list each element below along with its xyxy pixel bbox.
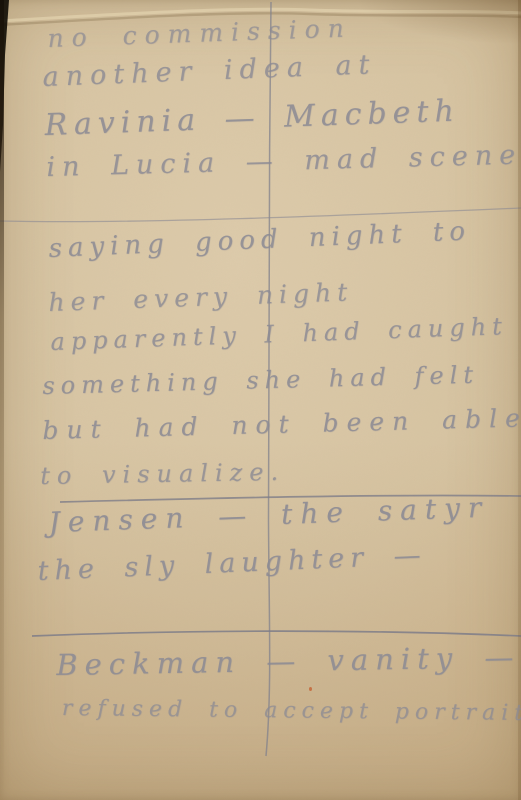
handwriting-line: her every night: [48, 277, 354, 317]
notebook-page: no commission another idea at Ravinia — …: [0, 0, 521, 800]
handwriting-line: in Lucia — mad scene: [46, 140, 521, 183]
handwriting-line: Ravinia — Macbeth: [44, 94, 460, 143]
handwriting-line: saying good night to: [48, 216, 472, 264]
handwriting-line: something she had felt: [42, 361, 479, 400]
handwriting-line: to visualize.: [40, 458, 285, 490]
handwriting-line: another idea at: [42, 49, 377, 93]
handwriting-line: Beckman — vanity —: [56, 640, 521, 682]
handwriting-line: no commission: [47, 13, 352, 53]
handwriting-line: apparently I had caught: [50, 312, 508, 356]
left-edge-shadow: [0, 0, 4, 800]
orange-fleck: [309, 687, 312, 691]
handwriting-line: the sly laughter —: [37, 540, 427, 587]
horizontal-rule-3: [32, 631, 521, 636]
handwriting-line: but had not been able: [42, 403, 521, 445]
handwriting-line: refused to accept portrait: [62, 696, 521, 726]
handwriting-line: Jensen — the satyr: [48, 491, 490, 539]
top-right-shading: [351, 0, 521, 46]
